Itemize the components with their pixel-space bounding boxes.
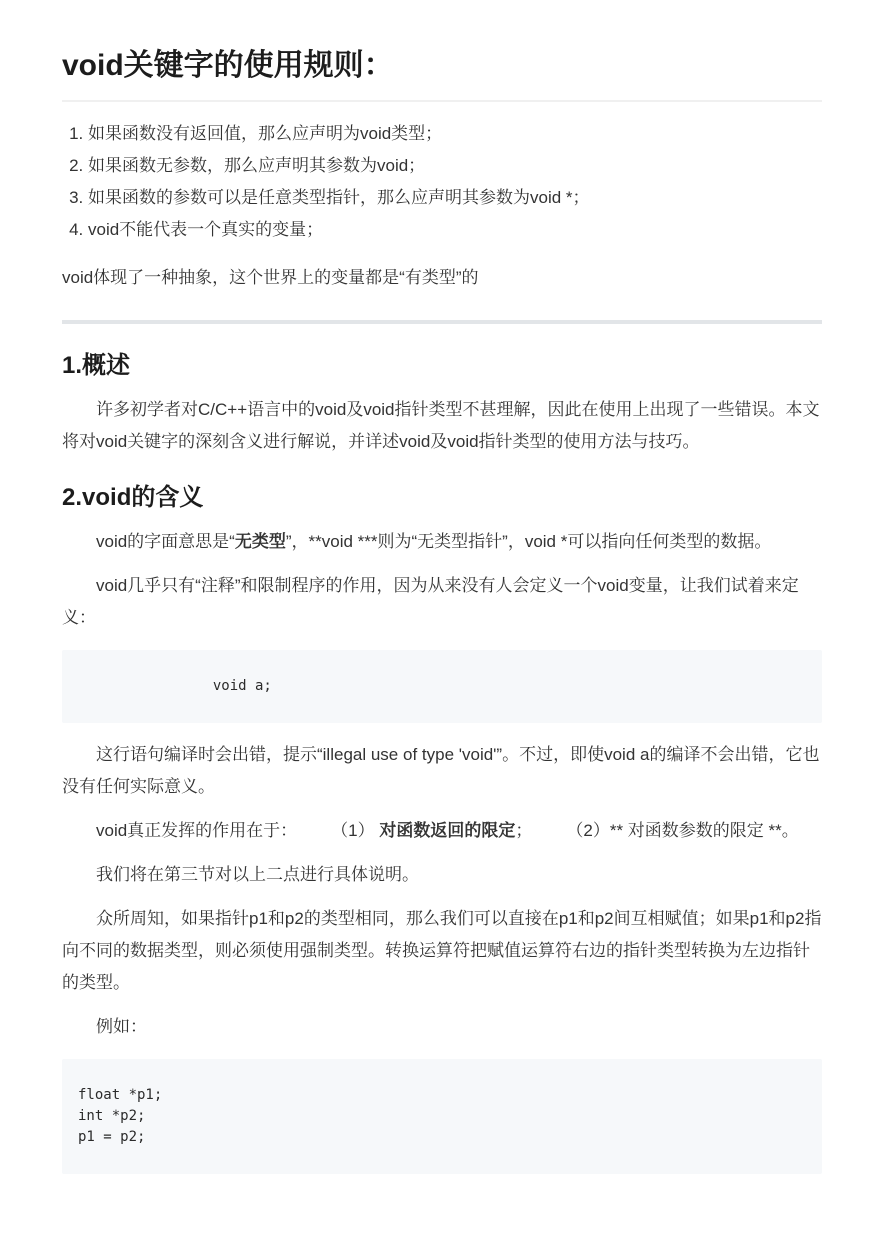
- meaning-error-paragraph: 这行语句编译时会出错，提示“illegal use of type 'void'…: [62, 739, 822, 803]
- bold-text: 无类型: [235, 532, 286, 551]
- meaning-example-label: 例如：: [62, 1011, 822, 1043]
- page-title: void关键字的使用规则：: [62, 46, 822, 102]
- rules-list: 如果函数没有返回值，那么应声明为void类型； 如果函数无参数，那么应声明其参数…: [62, 118, 822, 246]
- meaning-comment-paragraph: void几乎只有“注释”和限制程序的作用，因为从来没有人会定义一个void变量，…: [62, 570, 822, 634]
- section-meaning-heading: 2.void的含义: [62, 482, 822, 514]
- intro-note: void体现了一种抽象，这个世界上的变量都是“有类型”的: [62, 262, 822, 294]
- article-page: void关键字的使用规则： 如果函数没有返回值，那么应声明为void类型； 如果…: [62, 46, 822, 1174]
- paragraph-text: ； （2）** 对函数参数的限定 **。: [515, 821, 798, 840]
- code-text: void a;: [78, 678, 272, 694]
- paragraph-text: ”，**void ***则为“无类型指针”，void *可以指向任何类型的数据。: [286, 532, 772, 551]
- paragraph-text: void的字面意思是“: [96, 532, 235, 551]
- list-item: 如果函数无参数，那么应声明其参数为void；: [88, 150, 822, 182]
- paragraph-text: void真正发挥的作用在于： （1）: [96, 821, 379, 840]
- overview-paragraph: 许多初学者对C/C++语言中的void及void指针类型不甚理解，因此在使用上出…: [62, 394, 822, 458]
- section-divider: [62, 320, 822, 324]
- list-item: 如果函数没有返回值，那么应声明为void类型；: [88, 118, 822, 150]
- meaning-next-paragraph: 我们将在第三节对以上二点进行具体说明。: [62, 859, 822, 891]
- meaning-literal-paragraph: void的字面意思是“无类型”，**void ***则为“无类型指针”，void…: [62, 526, 822, 558]
- list-item: void不能代表一个真实的变量；: [88, 214, 822, 246]
- list-item: 如果函数的参数可以是任意类型指针，那么应声明其参数为void *；: [88, 182, 822, 214]
- bold-text: 对函数返回的限定: [379, 821, 515, 840]
- section-overview-heading: 1.概述: [62, 350, 822, 382]
- code-block-void-a: void a;: [62, 650, 822, 723]
- code-block-pointers: float *p1; int *p2; p1 = p2;: [62, 1059, 822, 1174]
- meaning-pointers-paragraph: 众所周知，如果指针p1和p2的类型相同，那么我们可以直接在p1和p2间互相赋值；…: [62, 903, 822, 999]
- code-text: float *p1; int *p2; p1 = p2;: [78, 1087, 162, 1145]
- meaning-role-paragraph: void真正发挥的作用在于： （1） 对函数返回的限定； （2）** 对函数参数…: [62, 815, 822, 847]
